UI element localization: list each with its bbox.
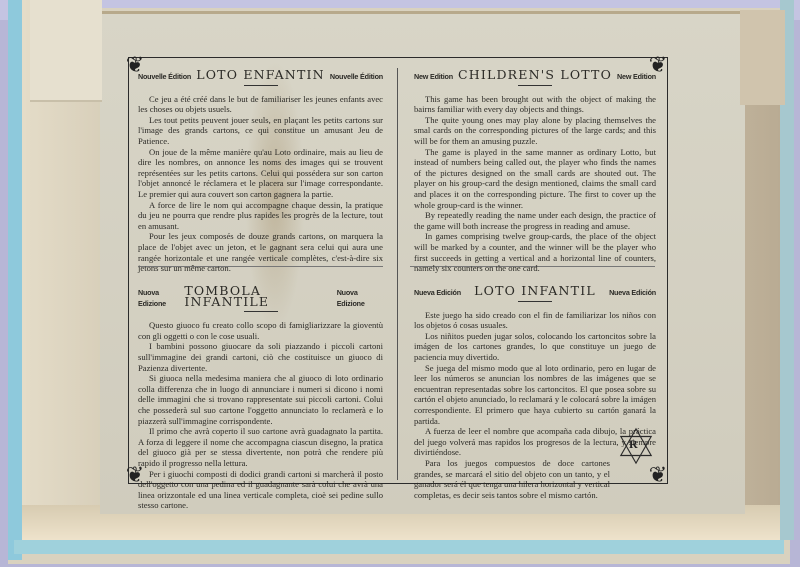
column-divider [397,68,398,480]
paragraph: A force de lire le nom qui accompagne ch… [138,200,383,232]
section-english: New Edition CHILDREN'S LOTTO New Edition… [414,70,656,274]
paragraph: Pour les jeux composés de douze grands c… [138,231,383,273]
edition-label: Nueva Edición [609,288,656,299]
paragraph: Ce jeu a été créé dans le but de familia… [138,94,383,115]
paragraph: Per i giuochi composti di dodici grandi … [138,469,383,511]
maker-monogram: R [629,437,638,452]
paragraph: Se juega del mismo modo que al loto ordi… [414,363,656,427]
paragraph: The game is played in the same manner as… [414,147,656,211]
edition-label: New Edition [414,72,453,83]
paragraph: The quite young ones may play alone by p… [414,115,656,147]
paragraph: Questo giuoco fu creato collo scopo di f… [138,320,383,341]
paragraph: In games comprising twelve group-cards, … [414,231,656,273]
box-rim-bottom [14,540,784,554]
box-rim-left [8,0,22,560]
box-corner-flap-right [740,10,785,105]
section-italian: Nuova Edizione TOMBOLA INFANTILE Nuova E… [138,286,383,511]
paragraph: Este juego ha sido creado con el fin de … [414,310,656,331]
edition-label: Nouvelle Édition [138,72,191,83]
edition-label: Nouvelle Édition [330,72,383,83]
paragraph: On joue de la même manière qu'au Loto or… [138,147,383,200]
paragraph: By repeatedly reading the name under eac… [414,210,656,231]
paragraph: Los niñitos pueden jugar solos, colocand… [414,331,656,363]
title-rule [244,85,278,86]
paragraph: Il primo che avrà coperto il suo cartone… [138,426,383,468]
box-corner-flap-left [30,0,102,102]
edition-label: New Edition [617,72,656,83]
paragraph: Si giuoca nella medesima maniera che al … [138,373,383,426]
section-title: LOTO ENFANTIN [196,70,325,81]
edition-label: Nuova Edizione [337,288,383,309]
paragraph: This game has been brought out with the … [414,94,656,115]
section-title: LOTO INFANTIL [474,286,596,297]
section-title: TOMBOLA INFANTILE [184,286,336,307]
title-rule [244,311,278,312]
edition-label: Nuova Edizione [138,288,184,309]
title-rule [518,85,552,86]
title-rule [518,301,552,302]
section-title: CHILDREN'S LOTTO [458,70,612,81]
paragraph: Les tout petits peuvent jouer seuls, en … [138,115,383,147]
paragraph: I bambini possono giuocare da soli piazz… [138,341,383,373]
section-spanish: Nueva Edición LOTO INFANTIL Nueva Edició… [414,286,656,500]
section-french: Nouvelle Édition LOTO ENFANTIN Nouvelle … [138,70,383,274]
edition-label: Nueva Edición [414,288,461,299]
